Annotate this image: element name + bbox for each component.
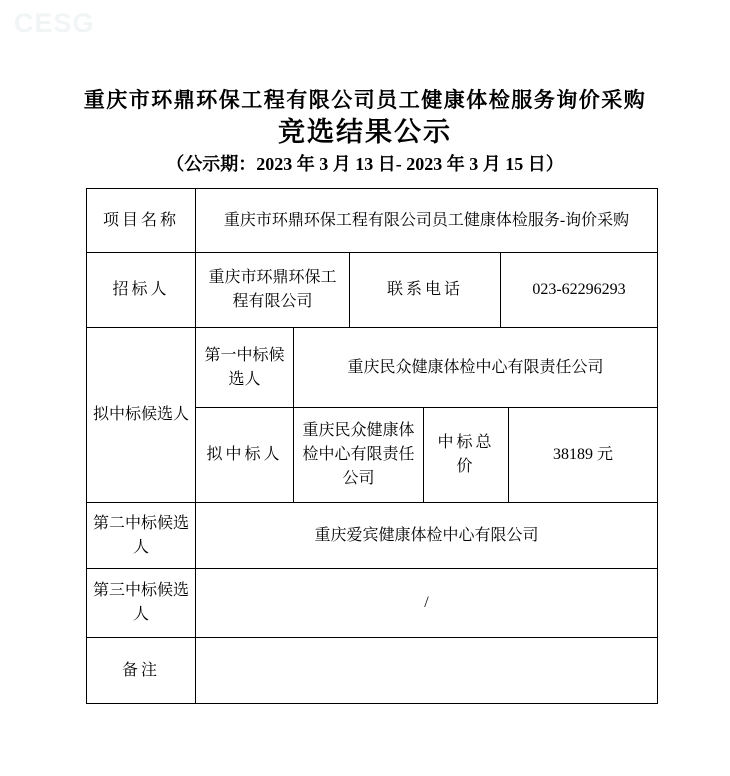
watermark-cesg-logo: CESG	[14, 8, 95, 39]
table-row-third-candidate: 第三中标候选人 /	[87, 569, 658, 638]
first-candidate-label: 第一中标候选人	[196, 328, 294, 408]
remarks-label: 备注	[87, 638, 196, 704]
winning-price-label: 中标总价	[424, 408, 509, 503]
table-row-project-name: 项目名称 重庆市环鼎环保工程有限公司员工健康体检服务-询价采购	[87, 189, 658, 253]
result-table: 项目名称 重庆市环鼎环保工程有限公司员工健康体检服务-询价采购 招标人 重庆市环…	[86, 188, 658, 704]
proposed-winner-label: 拟中标人	[196, 408, 294, 503]
proposed-winner-value: 重庆民众健康体检中心有限责任公司	[294, 408, 424, 503]
contact-phone-value: 023-62296293	[501, 253, 658, 328]
project-name-label: 项目名称	[87, 189, 196, 253]
candidates-label: 拟中标候选人	[87, 328, 196, 503]
table-row-remarks: 备注	[87, 638, 658, 704]
contact-phone-label: 联系电话	[350, 253, 501, 328]
publicity-period: （公示期：2023 年 3 月 13 日- 2023 年 3 月 15 日）	[0, 150, 730, 176]
project-name-value: 重庆市环鼎环保工程有限公司员工健康体检服务-询价采购	[196, 189, 658, 253]
remarks-value	[196, 638, 658, 704]
winning-price-value: 38189 元	[509, 408, 658, 503]
third-candidate-value: /	[196, 569, 658, 638]
second-candidate-value: 重庆爱宾健康体检中心有限公司	[196, 503, 658, 569]
tenderer-value: 重庆市环鼎环保工程有限公司	[196, 253, 350, 328]
table-row-first-candidate: 拟中标候选人 第一中标候选人 重庆民众健康体检中心有限责任公司	[87, 328, 658, 408]
table-row-tenderer: 招标人 重庆市环鼎环保工程有限公司 联系电话 023-62296293	[87, 253, 658, 328]
third-candidate-label: 第三中标候选人	[87, 569, 196, 638]
table-row-second-candidate: 第二中标候选人 重庆爱宾健康体检中心有限公司	[87, 503, 658, 569]
first-candidate-value: 重庆民众健康体检中心有限责任公司	[294, 328, 658, 408]
document-page: CESG 重庆市环鼎环保工程有限公司员工健康体检服务询价采购 竞选结果公示 （公…	[0, 0, 730, 776]
second-candidate-label: 第二中标候选人	[87, 503, 196, 569]
tenderer-label: 招标人	[87, 253, 196, 328]
result-announcement-subtitle: 竞选结果公示	[0, 110, 730, 149]
